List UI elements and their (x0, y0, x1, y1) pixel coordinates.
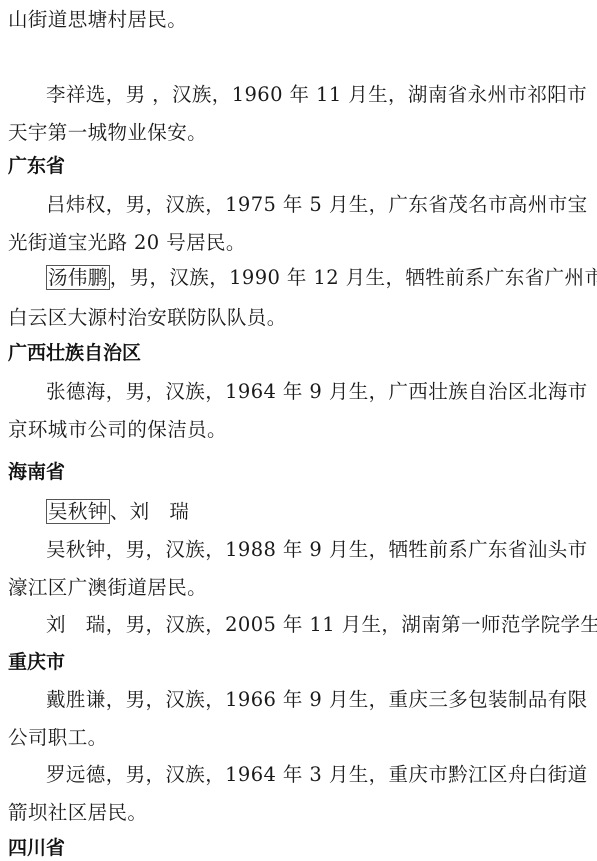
names-line: 吴秋钟、刘 瑞 (46, 500, 591, 524)
section-heading-hainan: 海南省 (8, 460, 591, 484)
section-heading-chongqing: 重庆市 (8, 650, 591, 674)
paragraph-liu-rui: 刘 瑞，男，汉族，2005 年 11 月生，湖南第一师范学院学生。 (46, 613, 591, 637)
paragraph-continuation: 山街道思塘村居民。 (8, 8, 591, 32)
section-heading-sichuan: 四川省 (8, 836, 591, 860)
paragraph-lv-weiquan: 吕炜权，男，汉族，1975 年 5 月生，广东省茂名市高州市宝 (46, 193, 591, 217)
paragraph-continuation: 光街道宝光路 20 号居民。 (8, 231, 591, 255)
paragraph-text: ，男，汉族，1990 年 12 月生，牺牲前系广东省广州市 (110, 266, 597, 289)
paragraph-continuation: 公司职工。 (8, 726, 591, 750)
boxed-name: 汤伟鹏 (46, 265, 110, 290)
section-heading-guangdong: 广东省 (8, 154, 591, 178)
paragraph-continuation: 濠江区广澳街道居民。 (8, 576, 591, 600)
paragraph-dai-shengqian: 戴胜谦，男，汉族，1966 年 9 月生，重庆三多包装制品有限 (46, 688, 591, 712)
names-text: 、刘 瑞 (110, 500, 190, 523)
paragraph-continuation: 天宇第一城物业保安。 (8, 121, 591, 145)
paragraph-continuation: 箭坝社区居民。 (8, 801, 591, 825)
paragraph-continuation: 白云区大源村治安联防队队员。 (8, 306, 591, 330)
paragraph-continuation: 京环城市公司的保洁员。 (8, 418, 591, 442)
paragraph-li-xiangxuan: 李祥选，男 ，汉族，1960 年 11 月生，湖南省永州市祁阳市 (46, 83, 591, 107)
paragraph-zhang-dehai: 张德海，男，汉族，1964 年 9 月生，广西壮族自治区北海市 (46, 380, 591, 404)
boxed-name: 吴秋钟 (46, 499, 110, 524)
section-heading-guangxi: 广西壮族自治区 (8, 341, 591, 365)
paragraph-wu-qiuzhong: 吴秋钟，男，汉族，1988 年 9 月生，牺牲前系广东省汕头市 (46, 538, 591, 562)
paragraph-tang-weipeng: 汤伟鹏，男，汉族，1990 年 12 月生，牺牲前系广东省广州市 (46, 266, 591, 290)
paragraph-luo-yuande: 罗远德，男，汉族，1964 年 3 月生，重庆市黔江区舟白街道 (46, 763, 591, 787)
